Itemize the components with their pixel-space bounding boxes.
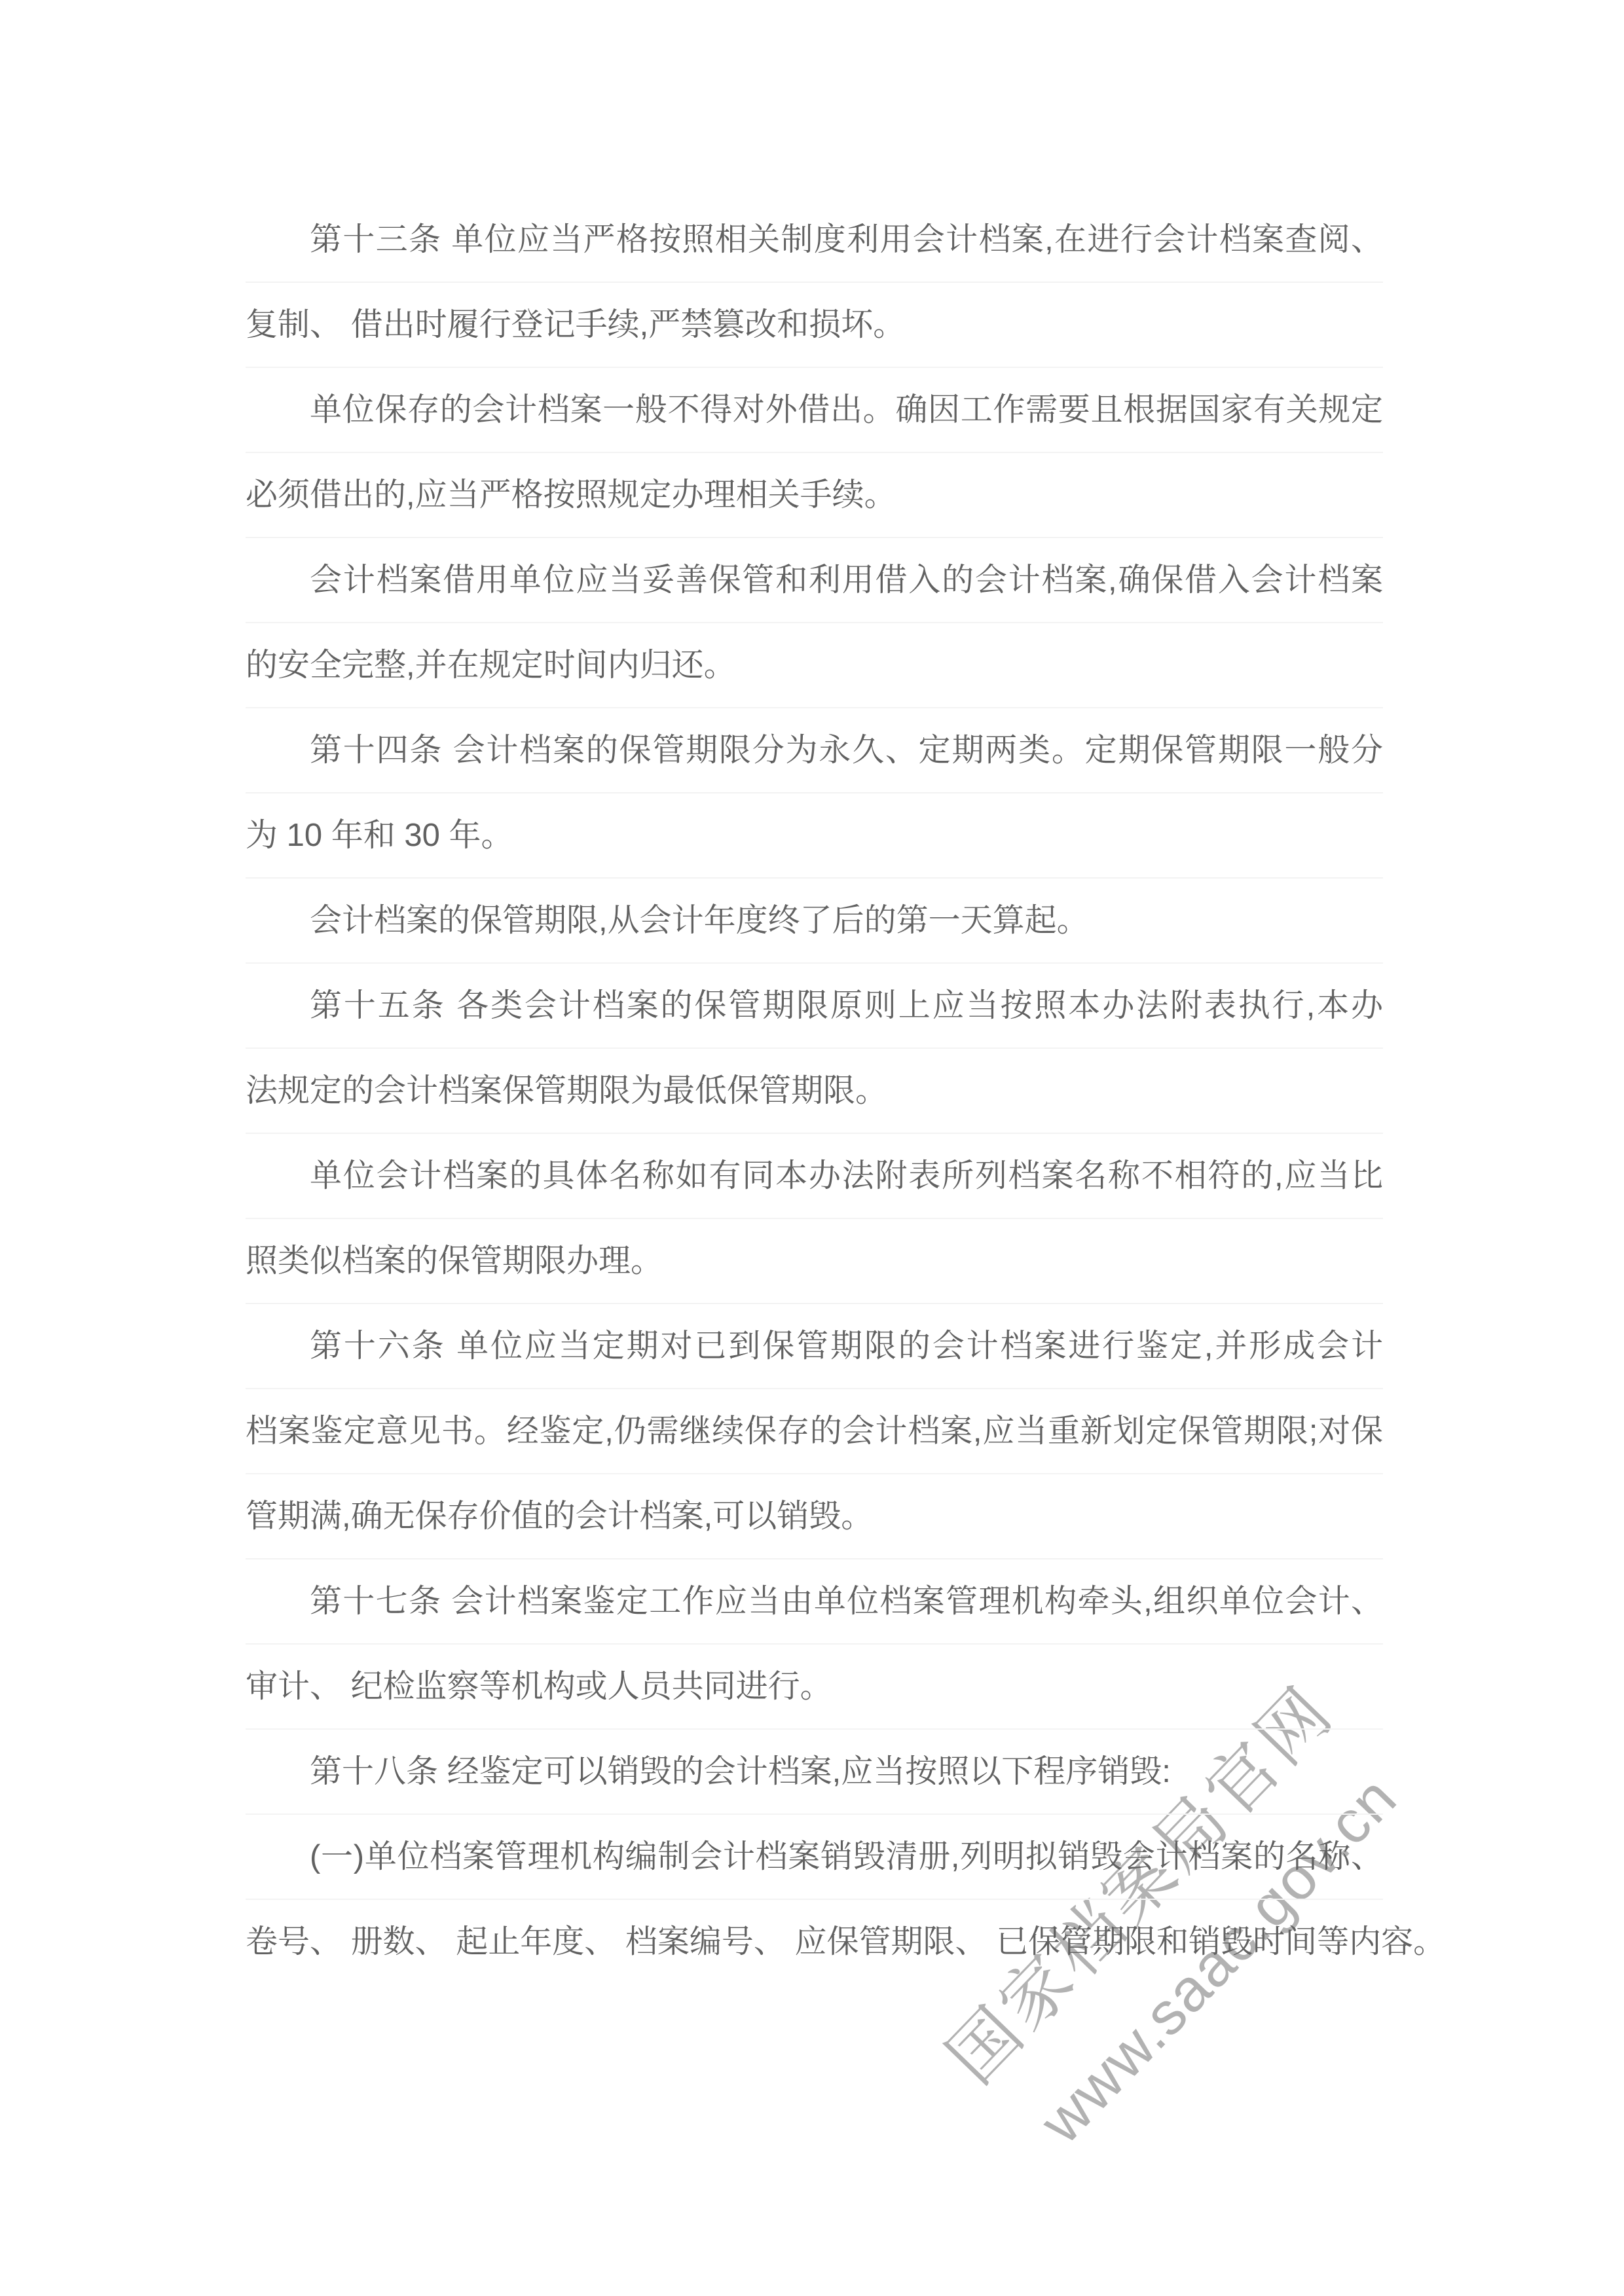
text-line: 第十三条 单位应当严格按照相关制度利用会计档案,在进行会计档案查阅、 xyxy=(246,198,1383,283)
text-line: 第十六条 单位应当定期对已到保管期限的会计档案进行鉴定,并形成会计 xyxy=(246,1304,1383,1389)
text-line: 会计档案借用单位应当妥善保管和利用借入的会计档案,确保借入会计档案 xyxy=(246,538,1383,623)
text-line: 第十四条 会计档案的保管期限分为永久、定期两类。定期保管期限一般分 xyxy=(246,708,1383,793)
text-line: 管期满,确无保存价值的会计档案,可以销毁。 xyxy=(246,1474,1383,1559)
text-line: (一)单位档案管理机构编制会计档案销毁清册,列明拟销毁会计档案的名称、 xyxy=(246,1815,1383,1900)
text-line: 第十七条 会计档案鉴定工作应当由单位档案管理机构牵头,组织单位会计、 xyxy=(246,1559,1383,1645)
text-line: 为 10 年和 30 年。 xyxy=(246,793,1383,879)
text-line: 第十五条 各类会计档案的保管期限原则上应当按照本办法附表执行,本办 xyxy=(246,964,1383,1049)
text-line: 的安全完整,并在规定时间内归还。 xyxy=(246,623,1383,708)
text-line: 审计、 纪检监察等机构或人员共同进行。 xyxy=(246,1645,1383,1730)
document-body: 第十三条 单位应当严格按照相关制度利用会计档案,在进行会计档案查阅、复制、 借出… xyxy=(246,198,1383,1985)
text-line: 会计档案的保管期限,从会计年度终了后的第一天算起。 xyxy=(246,879,1383,964)
text-line: 单位会计档案的具体名称如有同本办法附表所列档案名称不相符的,应当比 xyxy=(246,1134,1383,1219)
text-line: 复制、 借出时履行登记手续,严禁篡改和损坏。 xyxy=(246,283,1383,368)
text-line: 照类似档案的保管期限办理。 xyxy=(246,1219,1383,1304)
text-line: 卷号、 册数、 起止年度、 档案编号、 应保管期限、 已保管期限和销毁时间等内容… xyxy=(246,1900,1383,1985)
text-line: 第十八条 经鉴定可以销毁的会计档案,应当按照以下程序销毁: xyxy=(246,1730,1383,1815)
text-line: 档案鉴定意见书。经鉴定,仍需继续保存的会计档案,应当重新划定保管期限;对保 xyxy=(246,1389,1383,1474)
text-line: 单位保存的会计档案一般不得对外借出。确因工作需要且根据国家有关规定 xyxy=(246,368,1383,453)
text-line: 必须借出的,应当严格按照规定办理相关手续。 xyxy=(246,453,1383,538)
page: { "page": { "kind": "regulation-document… xyxy=(0,0,1624,2296)
text-line: 法规定的会计档案保管期限为最低保管期限。 xyxy=(246,1049,1383,1134)
